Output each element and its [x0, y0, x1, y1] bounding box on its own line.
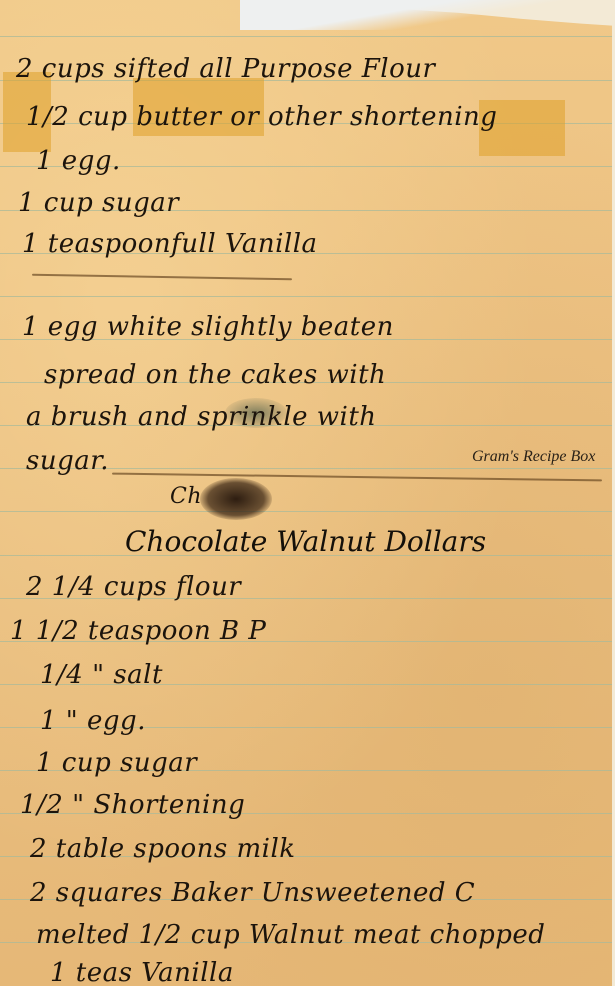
- ingredient-line: 1/2 cup butter or other shortening: [26, 102, 497, 132]
- ingredient-line: 2 1/4 cups flour: [26, 572, 241, 602]
- ingredient-line: 2 cups sifted all Purpose Flour: [16, 54, 435, 84]
- ingredient-line: 1 " egg.: [40, 706, 146, 736]
- recipe-title: Chocolate Walnut Dollars: [125, 525, 486, 558]
- crossed-out-text: Ch: [170, 484, 202, 509]
- ingredient-line: 1 cup sugar: [36, 748, 197, 778]
- ingredient-line: 1 teas Vanilla: [50, 958, 234, 986]
- ingredient-line: 1/2 " Shortening: [20, 790, 245, 820]
- instruction-line: 1 egg white slightly beaten: [22, 312, 394, 342]
- torn-edge: [240, 0, 615, 30]
- ruled-line: [0, 36, 612, 37]
- ink-blot: [200, 478, 272, 520]
- instruction-line: a brush and sprinkle with: [26, 402, 377, 432]
- ingredient-line: 1/4 " salt: [40, 660, 163, 690]
- ingredient-line: 1 teaspoonfull Vanilla: [22, 229, 318, 259]
- ruled-line: [0, 296, 612, 297]
- ingredient-line: 1 egg.: [36, 146, 121, 176]
- divider-line: [32, 274, 292, 281]
- ingredient-line: melted 1/2 cup Walnut meat chopped: [36, 920, 545, 950]
- ingredient-line: 1 cup sugar: [18, 188, 179, 218]
- instruction-line: spread on the cakes with: [44, 360, 386, 390]
- ingredient-line: 1 1/2 teaspoon B P: [10, 616, 266, 646]
- ingredient-line: 2 squares Baker Unsweetened C: [30, 878, 475, 908]
- instruction-line: sugar.: [26, 446, 109, 476]
- ruled-line: [0, 511, 612, 512]
- ingredient-line: 2 table spoons milk: [30, 834, 296, 864]
- watermark: Gram's Recipe Box: [472, 448, 595, 466]
- recipe-card: 2 cups sifted all Purpose Flour 1/2 cup …: [0, 0, 612, 986]
- divider-line: [112, 473, 602, 482]
